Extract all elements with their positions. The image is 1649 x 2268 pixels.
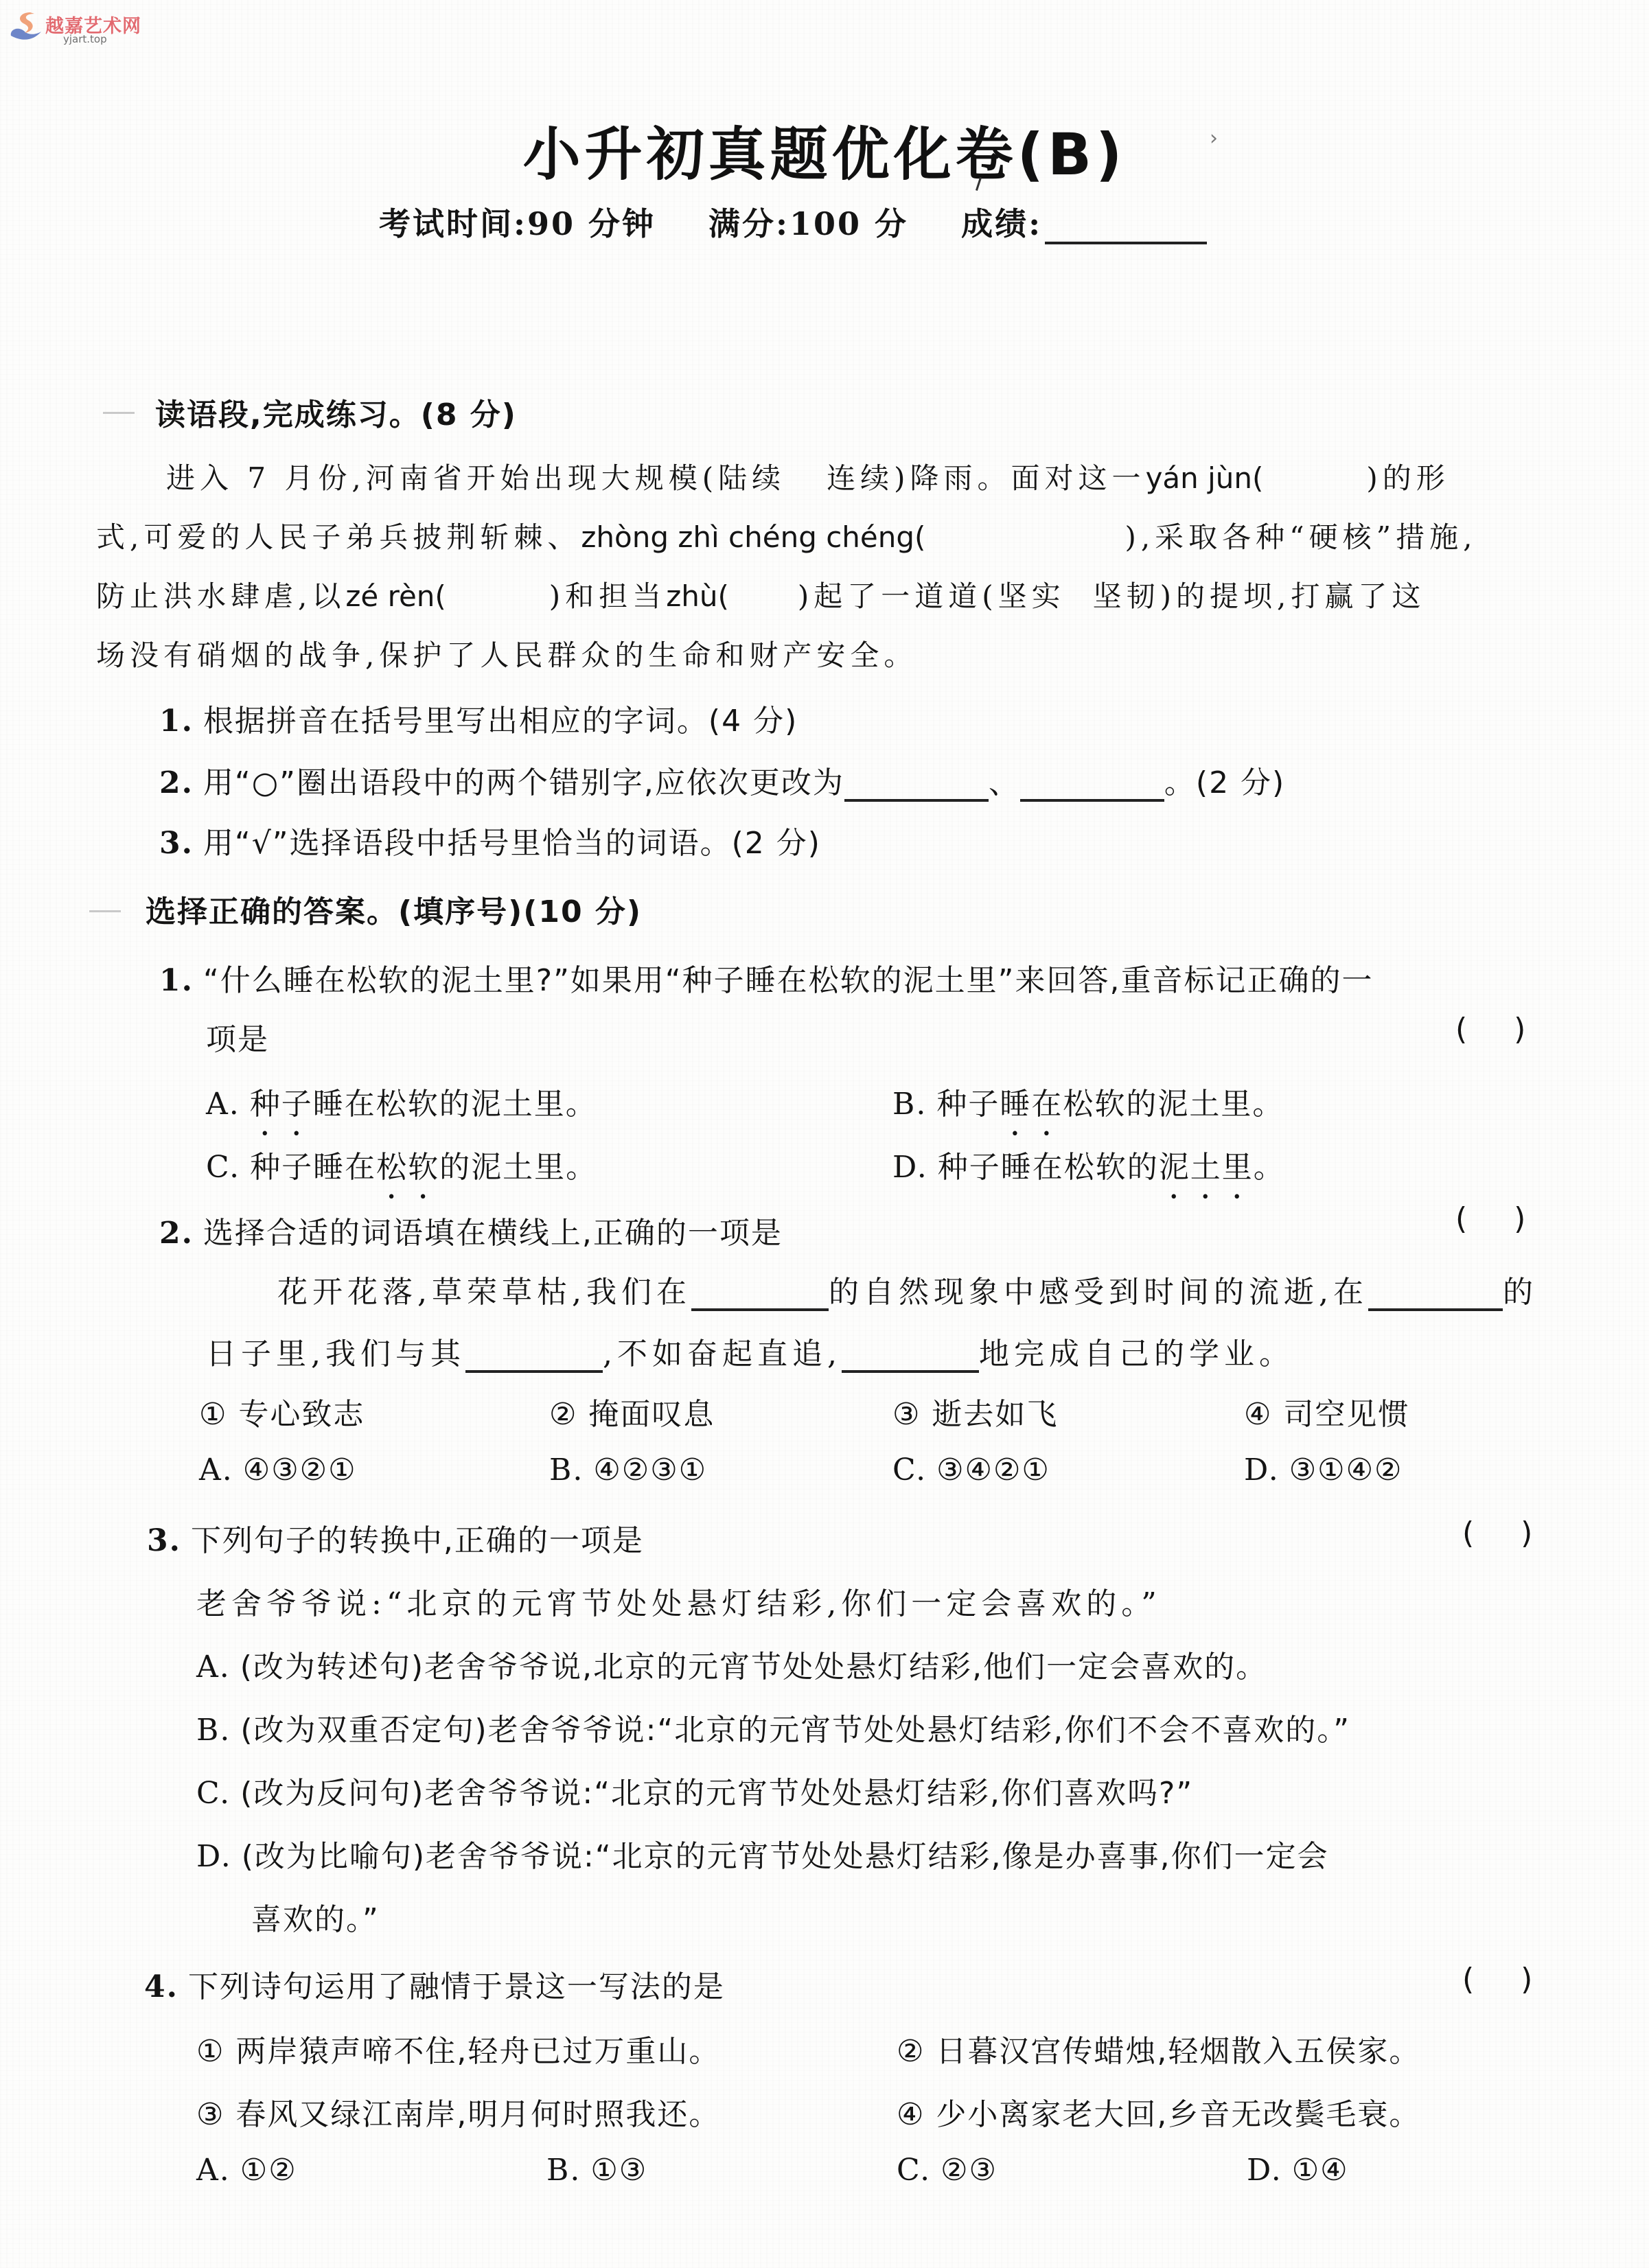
q2-option-c: C.③④②① [892,1453,1050,1488]
exam-time: 考试时间:90 分钟 [379,205,656,242]
q4-poem-1: ① 两岸猿声啼不住,轻舟已过万重山。 [196,2026,720,2070]
exam-meta: 考试时间:90 分钟 满分:100 分 成绩: [379,199,1247,244]
section-marker [89,910,121,912]
full-score: 满分:100 分 [708,205,908,242]
passage-text: 式,可爱的人民子弟兵披荆斩棘、 [96,520,581,554]
q3-option-b: B.(改为双重否定句)老舍爷爷说:“北京的元宵节处处悬灯结彩,你们不会不喜欢的。… [196,1705,1350,1749]
passage-line-3: 防止洪水肆虐,以zé rèn()和担当zhù()起了一道道(坚实坚韧)的提坝,打… [96,574,1425,615]
sub-question-1: 1.根据拼音在括号里写出相应的字词。(4 分) [159,696,798,740]
q2-passage-line-2: 日子里,我们与其,不如奋起直追,地完成自己的学业。 [206,1329,1294,1373]
q4-poem-3: ③ 春风又绿江南岸,明月何时照我还。 [196,2090,720,2133]
paper-background [0,0,1649,2268]
q1-option-a: A.种子睡在松软的泥土里。 [206,1079,597,1123]
q4-option-a: A.①② [196,2153,297,2188]
answer-paren-q4[interactable]: () [1462,1962,1532,1997]
q2-blank-4[interactable] [842,1343,979,1373]
passage-text: 进入 7 月份,河南省开始出现大规模(陆续 [166,461,785,495]
question-3-stem: 3.下列句子的转换中,正确的一项是 [147,1516,644,1560]
correction-blank-2[interactable] [1020,772,1164,802]
pinyin-yan-jun: yán jùn( [1146,461,1264,495]
passage-text: )起了一道道(坚实 [798,579,1065,613]
q3-original-sentence: 老舍爷爷说:“北京的元宵节处处悬灯结彩,你们一定会喜欢的。” [196,1579,1162,1623]
question-1-stem-cont: 项是 [206,1015,269,1058]
section-2-heading: 选择正确的答案。(填序号)(10 分) [146,887,642,931]
pinyin-zhu: zhù( [666,579,729,613]
page-title: 小升初真题优化卷(B) [0,108,1649,192]
score-label: 成绩: [961,205,1042,242]
passage-text: 连续)降雨。面对这一 [827,461,1145,495]
q3-option-a: A.(改为转述句)老舍爷爷说,北京的元宵节处处悬灯结彩,他们一定会喜欢的。 [196,1642,1267,1686]
correction-blank-1[interactable] [844,772,989,802]
pinyin-zhong-zhi-cheng-cheng: zhòng zhì chéng chéng( [581,520,925,554]
q2-option-d: D.③①④② [1244,1453,1403,1488]
q1-option-d: D.种子睡在松软的泥土里。 [892,1142,1285,1186]
scan-artifact-mark: › [1210,126,1218,150]
q2-option-a: A.④③②① [199,1453,357,1488]
q2-word-1: ① 专心致志 [199,1389,365,1433]
question-4-stem: 4.下列诗句运用了融情于景这一写法的是 [144,1962,725,2006]
q4-option-b: B.①③ [546,2153,647,2188]
score-blank[interactable] [1045,214,1207,244]
pinyin-ze-ren: zé rèn( [345,579,446,613]
q2-word-2: ② 掩面叹息 [549,1389,715,1433]
section-marker [103,412,135,414]
q4-poem-2: ② 日暮汉宫传蜡烛,轻烟散入五侯家。 [897,2026,1420,2070]
q2-blank-1[interactable] [691,1281,829,1311]
q2-word-4: ④ 司空见惯 [1244,1389,1409,1433]
answer-paren-q2[interactable]: () [1455,1201,1525,1236]
watermark: 越嘉艺术网 yjart.top [4,5,169,47]
passage-text: ),采取各种“硬核”措施, [1125,520,1477,554]
passage-text: 坚韧)的提坝,打赢了这 [1093,579,1426,613]
passage-text: )和担当 [549,579,666,613]
passage-text: 防止洪水肆虐,以 [96,579,345,613]
section-1-heading: 读语段,完成练习。(8 分) [155,390,517,434]
answer-paren-q1[interactable]: () [1455,1012,1525,1047]
sub-question-3: 3.用“√”选择语段中括号里恰当的词语。(2 分) [159,818,821,862]
q4-option-c: C.②③ [897,2153,998,2188]
q4-poem-4: ④ 少小离家老大回,乡音无改鬓毛衰。 [897,2090,1420,2133]
q2-passage-line-1: 花开花落,草荣草枯,我们在的自然现象中感受到时间的流逝,在的 [277,1267,1538,1311]
q1-option-b: B.种子睡在松软的泥土里。 [892,1079,1284,1123]
passage-line-2: 式,可爱的人民子弟兵披荆斩棘、zhòng zhì chéng chéng(),采… [96,515,1477,556]
question-1-stem: 1.“什么睡在松软的泥土里?”如果用“种子睡在松软的泥土里”来回答,重音标记正确… [159,956,1373,999]
q3-option-c: C.(改为反问句)老舍爷爷说:“北京的元宵节处处悬灯结彩,你们喜欢吗?” [196,1768,1193,1812]
watermark-logo-icon [7,8,45,44]
sub-question-2: 2.用“○”圈出语段中的两个错别字,应依次更改为、。(2 分) [159,758,1285,802]
q2-blank-2[interactable] [1368,1281,1503,1311]
q2-blank-3[interactable] [465,1343,603,1373]
q3-option-d-cont: 喜欢的。” [251,1895,380,1939]
passage-line-1: 进入 7 月份,河南省开始出现大规模(陆续连续)降雨。面对这一yán jùn()… [166,456,1450,497]
q3-option-d: D.(改为比喻句)老舍爷爷说:“北京的元宵节处处悬灯结彩,像是办喜事,你们一定会 [196,1831,1329,1875]
passage-text: )的形 [1366,461,1449,495]
q4-option-d: D.①④ [1247,2153,1349,2188]
question-2-stem: 2.选择合适的词语填在横线上,正确的一项是 [159,1208,783,1252]
q1-option-c: C.种子睡在松软的泥土里。 [206,1142,597,1186]
watermark-url: yjart.top [63,33,107,45]
passage-line-4: 场没有硝烟的战争,保护了人民群众的生命和财产安全。 [96,633,917,674]
answer-paren-q3[interactable]: () [1462,1516,1532,1551]
q2-word-3: ③ 逝去如飞 [892,1389,1058,1433]
q2-option-b: B.④②③① [549,1453,707,1488]
